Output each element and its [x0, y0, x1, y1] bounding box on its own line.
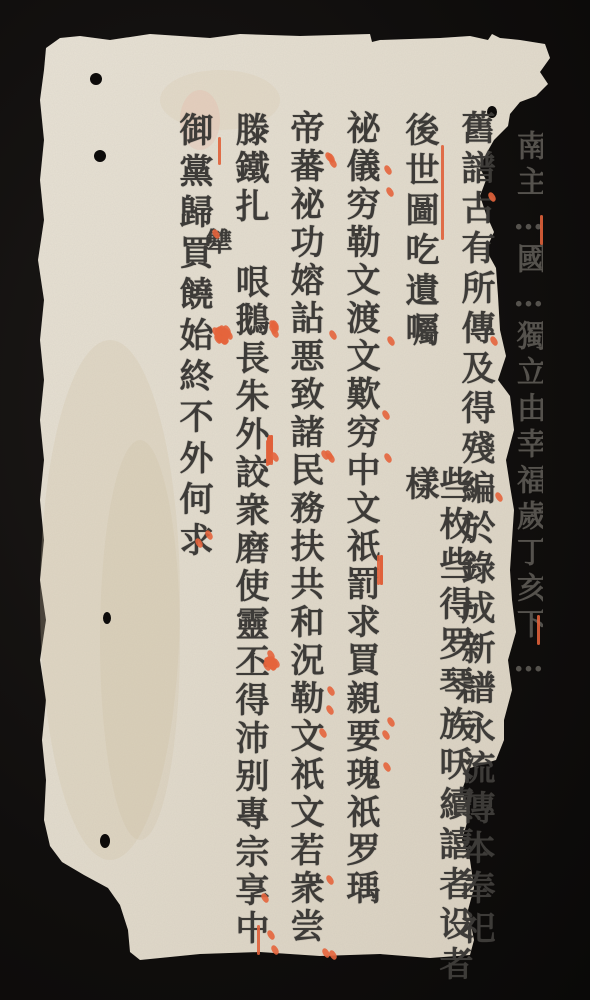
text-column-3: 後世圖吃遺囑: [402, 112, 436, 352]
binding-hole: [100, 834, 110, 848]
red-underline-mark: [218, 137, 221, 165]
binding-hole: [90, 73, 102, 85]
text-column-7: 御黨歸買饒始終不外何求: [176, 112, 210, 563]
red-underline-mark: [257, 925, 260, 955]
text-column-3b: 些枚些得罗琴族㕭續譆者设者樣: [402, 466, 470, 1000]
text-column-1: 南主…國…獨立由幸福歲丁亥下…: [513, 130, 543, 930]
binding-hole: [103, 612, 111, 624]
red-underline-mark: [380, 555, 383, 585]
text-column-4: 祕儀穷勒文渡文歎穷中文祇罰求買親要瑰祇罗瑀: [343, 110, 377, 908]
text-column-5: 帝蕃祕功嫆詀悪致諸民務扶共和況勒文祇文若衆尝: [287, 110, 321, 946]
red-underline-mark: [269, 437, 272, 463]
red-underline-mark: [441, 145, 444, 240]
binding-hole: [94, 150, 106, 162]
red-underline-mark: [540, 215, 543, 245]
red-underline-mark: [537, 615, 540, 645]
text-column-6: 滕鐵扎𠺱哏鵝長朱外詨衆磨使靈丕得沛别專宗享中: [232, 112, 266, 948]
